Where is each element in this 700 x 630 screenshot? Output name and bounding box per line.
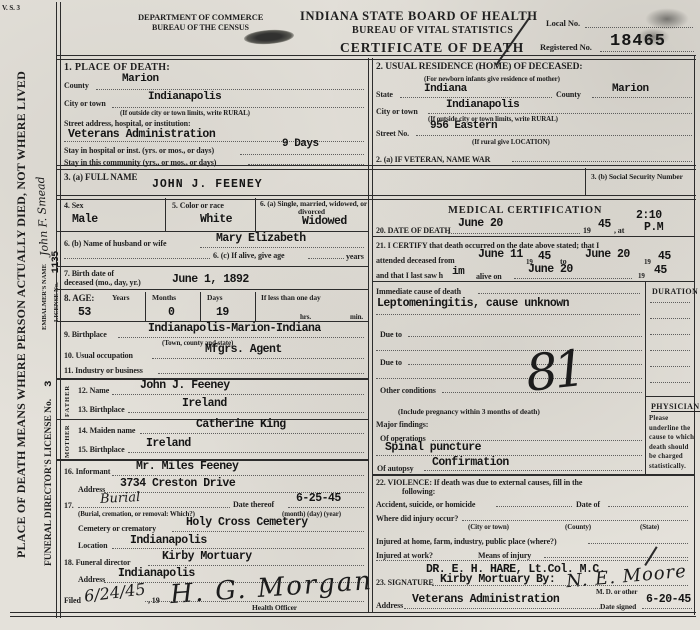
- dotted-line: [376, 314, 640, 315]
- dotted-line: [64, 258, 210, 259]
- alive-on-label: alive on: [476, 272, 502, 281]
- res-street-label: Street No.: [376, 129, 409, 138]
- violence-heading1: 22. VIOLENCE: If death was due to extern…: [376, 478, 582, 487]
- birthdate-value: June 1, 1892: [172, 273, 249, 286]
- res-street-value: 956 Eastern: [430, 120, 497, 132]
- informant-name: Mr. Miles Feeney: [136, 460, 238, 473]
- dotted-line: [118, 337, 364, 338]
- res-city-value: Indianapolis: [446, 99, 519, 111]
- res-city-label: City or town: [376, 107, 418, 116]
- from-year-value: 45: [538, 250, 551, 263]
- dotted-line: [376, 378, 642, 379]
- health-officer-label: Health Officer: [252, 603, 297, 612]
- father-name-value: John J. Feeney: [140, 379, 230, 392]
- dotted-line: [145, 601, 364, 602]
- medical-heading: MEDICAL CERTIFICATION: [448, 205, 602, 216]
- birthdate-label2: deceased (mo., day, yr.): [64, 278, 141, 287]
- funeral-address-value: Indianapolis: [118, 567, 195, 580]
- dotted-line: [148, 565, 364, 566]
- age-days-value: 19: [216, 306, 229, 319]
- mother-birthplace-label: 15. Birthplace: [78, 445, 125, 454]
- dotted-line: [408, 336, 642, 337]
- dotted-line: [112, 548, 364, 549]
- rule: [56, 195, 696, 200]
- injury-state-note: (State): [640, 523, 659, 531]
- to-date-value: June 20: [585, 248, 630, 261]
- date-signed-label: Date signed: [600, 602, 636, 611]
- dotted-line: [140, 433, 364, 434]
- last-year-value: 45: [654, 264, 667, 277]
- to-year-value: 45: [658, 250, 671, 263]
- physician-note: Please underline the cause to which deat…: [649, 414, 695, 471]
- birthplace-value: Indianapolis-Marion-Indiana: [148, 322, 321, 335]
- dotted-line: [112, 107, 364, 108]
- dod-year-value: 45: [598, 218, 611, 231]
- dotted-line: [112, 394, 364, 395]
- him-typed: im: [452, 266, 464, 278]
- dod-meridiem-value: P.M: [644, 221, 663, 234]
- res-street-note: (If rural give LOCATION): [472, 138, 550, 146]
- dotted-line: [650, 334, 690, 335]
- fd-license-line: FUNERAL DIRECTOR'S LICENSE No. 3: [38, 381, 56, 566]
- rule: [56, 165, 696, 170]
- street-label: Street address, hospital, or institution…: [64, 119, 191, 128]
- dotted-line: [650, 366, 690, 367]
- veteran-label: 2. (a) IF VETERAN, NAME WAR: [376, 155, 490, 164]
- last-year-prefix: 19: [638, 272, 645, 280]
- res-county-label: County: [556, 90, 581, 99]
- funeral-director-name: Kirby Mortuary: [162, 550, 252, 563]
- ink-smudge: [636, 28, 670, 46]
- accident-label: Accident, suicide, or homicide: [376, 500, 475, 509]
- burial-location-value: Indianapolis: [130, 534, 207, 547]
- rule: [368, 58, 373, 612]
- burial-date-value: 6-25-45: [296, 492, 341, 505]
- father-group-label: FATHER: [64, 385, 71, 417]
- rule: [372, 474, 694, 476]
- operations-value: Spinal puncture: [385, 441, 481, 454]
- registered-no-label: Registered No.: [540, 42, 592, 52]
- death-certificate: V. S. 3 PLACE OF DEATH MEANS WHERE PERSO…: [0, 0, 700, 630]
- sex-value: Male: [72, 213, 98, 226]
- due-to-label-1: Due to: [380, 330, 402, 339]
- injury-city-note: (City or town): [468, 523, 509, 531]
- county-label: County: [64, 81, 89, 90]
- dotted-line: [400, 97, 552, 98]
- rule: [645, 281, 646, 475]
- dotted-line: [592, 97, 692, 98]
- age-months-value: 0: [168, 306, 174, 319]
- occupation-value: Mfgrs. Agent: [205, 343, 282, 356]
- last-date-value: June 20: [528, 263, 573, 276]
- stay-hospital-value: 9 Days: [282, 138, 319, 150]
- city-label: City or town: [64, 99, 106, 108]
- date-signed-value: 6-20-45: [646, 593, 691, 606]
- street-value: Veterans Administration: [68, 128, 215, 141]
- embalmer-name-handwriting: John F. Smead: [34, 176, 51, 256]
- dotted-line: [288, 507, 364, 508]
- rule: [56, 289, 368, 290]
- dotted-line: [240, 154, 364, 155]
- race-label: 5. Color or race: [172, 201, 224, 210]
- dotted-line: [416, 135, 692, 136]
- spouse-value: Mary Elizabeth: [216, 232, 306, 245]
- dotted-line: [128, 452, 364, 453]
- dotted-line: [642, 608, 692, 609]
- date-of-label: Date of: [576, 500, 600, 509]
- burial-type-note: (Burial, cremation, or removal: Which?): [78, 510, 195, 518]
- due-to-label-2: Due to: [380, 358, 402, 367]
- mother-group-label: MOTHER: [64, 425, 71, 458]
- sidebar-note: PLACE OF DEATH MEANS WHERE PERSON ACTUAL…: [14, 71, 29, 558]
- injured-at-label: Injured at home, farm, industry, public …: [376, 537, 557, 546]
- informant-label: 16. Informant: [64, 467, 110, 476]
- autopsy-value: Confirmation: [432, 456, 509, 469]
- rule: [694, 55, 695, 615]
- dotted-line: [376, 455, 642, 456]
- dotted-line: [308, 258, 344, 259]
- license-line: LICENSE No. 1135: [45, 251, 63, 322]
- dod-at-label: , at: [614, 226, 624, 235]
- md-or-other-label: M. D. or other: [596, 588, 637, 596]
- age-years-label: Years: [112, 293, 129, 302]
- age-less-label: If less than one day: [261, 293, 321, 302]
- sex-label: 4. Sex: [64, 201, 83, 210]
- rule: [56, 266, 368, 267]
- age-min-label: min.: [350, 313, 363, 321]
- injury-county-note: (County): [565, 523, 591, 531]
- marital-value: Widowed: [302, 215, 347, 228]
- pen-scrawl-81: 81: [523, 339, 584, 402]
- dotted-line: [172, 531, 364, 532]
- state-label: State: [376, 90, 393, 99]
- dotted-line: [200, 247, 364, 248]
- industry-label: 11. Industry or business: [64, 366, 143, 375]
- major-findings-label: Major findings:: [376, 420, 428, 429]
- dotted-line: [428, 113, 692, 114]
- fullname-value: JOHN J. FEENEY: [152, 178, 263, 191]
- filed-label: Filed: [64, 596, 81, 605]
- autopsy-label: Of autopsy: [377, 464, 414, 473]
- rule: [200, 292, 201, 322]
- ssn-label: 3. (b) Social Security Number: [591, 172, 683, 181]
- sig-address-label: Address: [376, 601, 403, 610]
- dotted-line: [496, 506, 572, 507]
- dotted-line: [588, 543, 688, 544]
- date-of-death-label: 20. DATE OF DEATH: [376, 226, 451, 235]
- dotted-line: [514, 278, 632, 279]
- mother-name-label: 14. Maiden name: [78, 426, 135, 435]
- dotted-line: [404, 608, 600, 609]
- fd-license-label: FUNERAL DIRECTOR'S LICENSE No.: [44, 399, 54, 566]
- to-year-prefix: 19: [644, 258, 651, 266]
- fullname-label: 3. (a) FULL NAME: [64, 172, 137, 182]
- rule: [372, 236, 694, 237]
- funeral-address-label: Address: [78, 575, 105, 584]
- dotted-line: [432, 585, 688, 586]
- sig-address-value: Veterans Administration: [412, 593, 559, 606]
- cemetery-label: Cemetery or crematory: [78, 524, 156, 533]
- rule: [10, 612, 696, 617]
- dotted-line: [544, 557, 688, 558]
- dotted-line: [608, 506, 688, 507]
- dotted-line: [512, 161, 692, 162]
- dotted-line: [64, 141, 364, 142]
- cemetery-value: Holy Cross Cemetery: [186, 516, 308, 529]
- burial-date-label: Date thereof: [233, 500, 274, 509]
- residence-heading: 2. USUAL RESIDENCE (HOME) OF DECEASED:: [376, 62, 582, 72]
- rule: [255, 292, 256, 322]
- father-birthplace-value: Ireland: [182, 397, 227, 410]
- age-days-label: Days: [207, 293, 222, 302]
- attended-label: attended deceased from: [376, 256, 455, 265]
- dotted-line: [650, 302, 690, 303]
- cause-label: Immediate cause of death: [376, 287, 461, 296]
- dotted-line: [96, 89, 364, 90]
- rule: [56, 231, 368, 232]
- father-birthplace-label: 13. Birthplace: [78, 405, 125, 414]
- burial-location-label: Location: [78, 541, 107, 550]
- age-years-value: 53: [78, 306, 91, 319]
- ink-smudge: [645, 8, 689, 30]
- bureau-title: BUREAU OF VITAL STATISTICS: [352, 25, 513, 36]
- cause-value: Leptomeningitis, cause unknown: [377, 297, 569, 310]
- census-stamp: [244, 28, 295, 45]
- dotted-line: [376, 350, 642, 351]
- county-value: Marion: [122, 73, 159, 85]
- dept-line2: BUREAU OF THE CENSUS: [152, 23, 249, 32]
- dod-year-prefix: 19: [583, 226, 591, 235]
- city-value: Indianapolis: [148, 91, 221, 103]
- other-conditions-label: Other conditions: [380, 386, 436, 395]
- mother-name-value: Catherine King: [196, 418, 286, 431]
- birthplace-label: 9. Birthplace: [64, 330, 107, 339]
- father-name-label: 12. Name: [78, 386, 109, 395]
- certificate-title: CERTIFICATE OF DEATH: [340, 40, 524, 56]
- dotted-line: [112, 475, 364, 476]
- injured-work-label: Injured at work?: [376, 551, 433, 560]
- burial-type-handwriting: Burial: [100, 490, 141, 507]
- state-value: Indiana: [424, 83, 467, 95]
- board-title: INDIANA STATE BOARD OF HEALTH: [300, 9, 538, 24]
- means-injury-label: Means of injury: [478, 551, 531, 560]
- rule: [645, 396, 694, 397]
- fd-license-no: 3: [43, 381, 55, 387]
- signature-label: 23. SIGNATURE: [376, 578, 434, 587]
- res-county-value: Marion: [612, 83, 649, 95]
- dotted-line: [128, 412, 364, 413]
- violence-heading2: following:: [402, 487, 435, 496]
- stay-hospital-label: Stay in hospital or inst. (yrs. or mos.,…: [64, 146, 214, 155]
- dotted-line: [424, 470, 642, 471]
- dept-line1: DEPARTMENT OF COMMERCE: [138, 12, 263, 22]
- residence-note: (For newborn infants give residence of m…: [424, 75, 560, 83]
- city-note: (If outside city or town limits, write R…: [120, 109, 250, 117]
- age-hrs-label: hrs.: [300, 313, 311, 321]
- dotted-line: [462, 520, 688, 521]
- where-injury-label: Where did injury occur?: [376, 514, 458, 523]
- alive-label: 6. (c) If alive, give age: [213, 251, 284, 260]
- physician-heading: PHYSICIAN: [651, 402, 700, 412]
- attended-from-date: June 11: [478, 248, 523, 261]
- last-saw-label: and that I last saw h: [376, 271, 443, 280]
- rule: [145, 292, 146, 322]
- age-label: 8. AGE:: [64, 293, 94, 303]
- mother-birthplace-value: Ireland: [146, 437, 191, 450]
- rule: [165, 198, 166, 232]
- informant-address-value: 3734 Creston Drive: [120, 477, 235, 490]
- race-value: White: [200, 213, 232, 226]
- funeral-director-label: 18. Funeral director: [64, 558, 131, 567]
- local-no-label: Local No.: [546, 18, 580, 28]
- dotted-line: [448, 233, 580, 234]
- rule: [255, 198, 256, 232]
- birthdate-label1: 7. Birth date of: [64, 269, 114, 278]
- dotted-line: [78, 507, 230, 508]
- spouse-label: 6. (b) Name of husband or wife: [64, 239, 166, 248]
- age-months-label: Months: [152, 293, 176, 302]
- form-code: V. S. 3: [2, 4, 20, 12]
- burial-number: 17.: [64, 501, 74, 510]
- dotted-line: [478, 293, 640, 294]
- place-heading: 1. PLACE OF DEATH:: [64, 62, 170, 73]
- dotted-line: [650, 382, 690, 383]
- dotted-line: [376, 560, 688, 561]
- dotted-line: [650, 318, 690, 319]
- dotted-line: [158, 373, 364, 374]
- pregnancy-note: (Include pregnancy within 3 months of de…: [398, 407, 540, 416]
- dotted-line: [650, 350, 690, 351]
- occupation-label: 10. Usual occupation: [64, 351, 133, 360]
- rule: [585, 168, 586, 196]
- date-of-death-value: June 20: [458, 217, 503, 230]
- duration-label: DURATION: [652, 287, 698, 296]
- dotted-line: [152, 358, 364, 359]
- dotted-line: [600, 51, 694, 52]
- license-no: 1135: [51, 251, 62, 273]
- alive-years-label: years: [346, 252, 364, 261]
